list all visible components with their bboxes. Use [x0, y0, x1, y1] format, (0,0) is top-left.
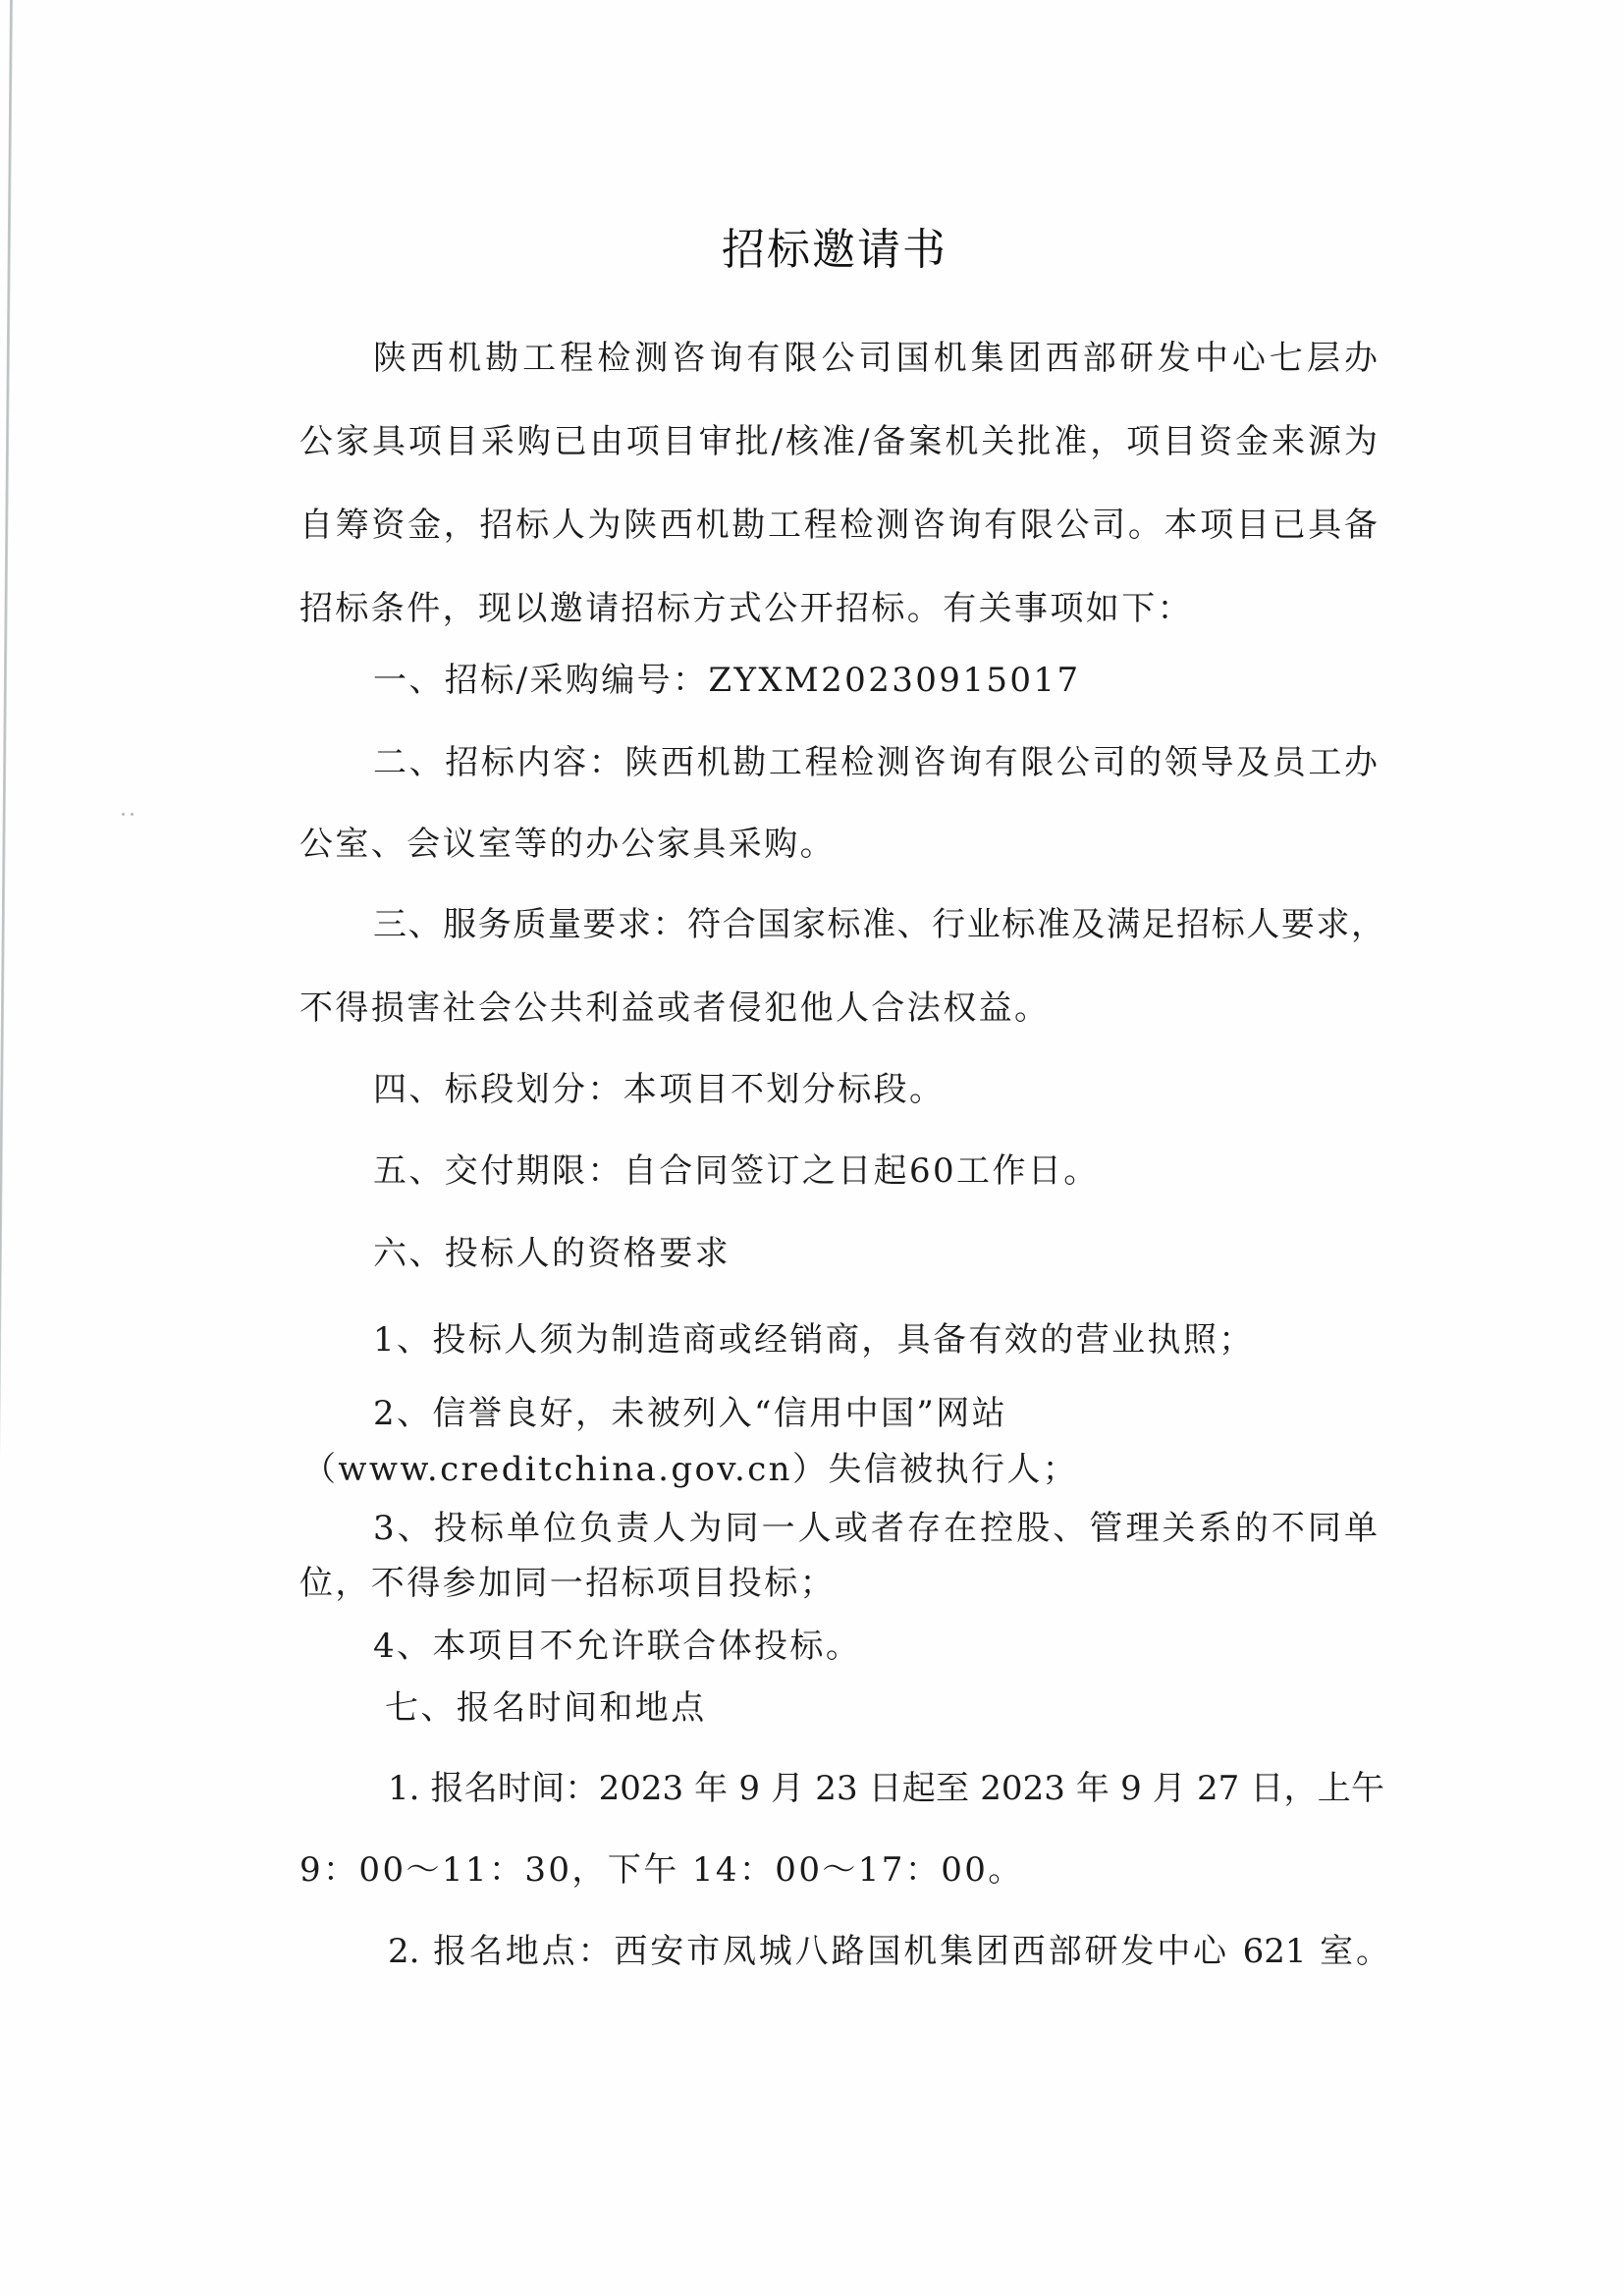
document-page: 招标邀请书 陕西机勘工程检测咨询有限公司国机集团西部研发中心七层办 公家具项目采… — [0, 0, 1624, 2296]
qualification-item-2-line-2: （www.creditchina.gov.cn）失信被执行人； — [302, 1448, 1078, 1491]
intro-line-1: 陕西机勘工程检测咨询有限公司国机集团西部研发中心七层办 — [373, 337, 1378, 380]
section-lot-division: 四、标段划分：本项目不划分标段。 — [373, 1068, 945, 1111]
qualification-item-1: 1、投标人须为制造商或经销商，具备有效的营业执照； — [373, 1318, 1255, 1362]
qualification-item-4: 4、本项目不允许联合体投标。 — [373, 1625, 861, 1668]
section-qualification-heading: 六、投标人的资格要求 — [373, 1232, 731, 1275]
registration-time-line-1: 1. 报名时间：2023 年 9 月 23 日起至 2023 年 9 月 27 … — [388, 1767, 1384, 1810]
section-quality-line-2: 不得损害社会公共利益或者侵犯他人合法权益。 — [299, 987, 1050, 1030]
section-quality-line-1: 三、服务质量要求：符合国家标准、行业标准及满足招标人要求， — [373, 903, 1384, 946]
section-registration-heading: 七、报名时间和地点 — [385, 1686, 707, 1730]
scan-artifact-dot — [122, 813, 125, 816]
scan-artifact-dot — [131, 813, 134, 816]
document-title: 招标邀请书 — [0, 224, 1624, 277]
section-tender-content-line-2: 公室、会议室等的办公家具采购。 — [299, 823, 836, 866]
registration-location: 2. 报名地点：西安市凤城八路国机集团西部研发中心 621 室。 — [388, 1930, 1389, 1973]
qualification-item-3-line-1: 3、投标单位负责人为同一人或者存在控股、管理关系的不同单 — [373, 1507, 1378, 1550]
section-procurement-number: 一、招标/采购编号：ZYXM20230915017 — [373, 659, 1081, 702]
qualification-item-2-line-1: 2、信誉良好，未被列入“信用中国”网站 — [373, 1392, 1007, 1435]
section-tender-content-line-1: 二、招标内容：陕西机勘工程检测咨询有限公司的领导及员工办 — [373, 741, 1378, 784]
intro-line-2: 公家具项目采购已由项目审批/核准/备案机关批准，项目资金来源为 — [299, 420, 1378, 463]
registration-time-line-2: 9：00～11：30，下午 14：00～17：00。 — [299, 1848, 1024, 1892]
section-delivery-period: 五、交付期限：自合同签订之日起60工作日。 — [373, 1149, 1100, 1193]
qualification-item-3-line-2: 位，不得参加同一招标项目投标； — [299, 1562, 836, 1605]
intro-line-4: 招标条件，现以邀请招标方式公开招标。有关事项如下： — [299, 587, 1193, 630]
intro-line-3: 自筹资金，招标人为陕西机勘工程检测咨询有限公司。本项目已具备 — [299, 504, 1378, 547]
scan-edge-line — [0, 0, 13, 2284]
